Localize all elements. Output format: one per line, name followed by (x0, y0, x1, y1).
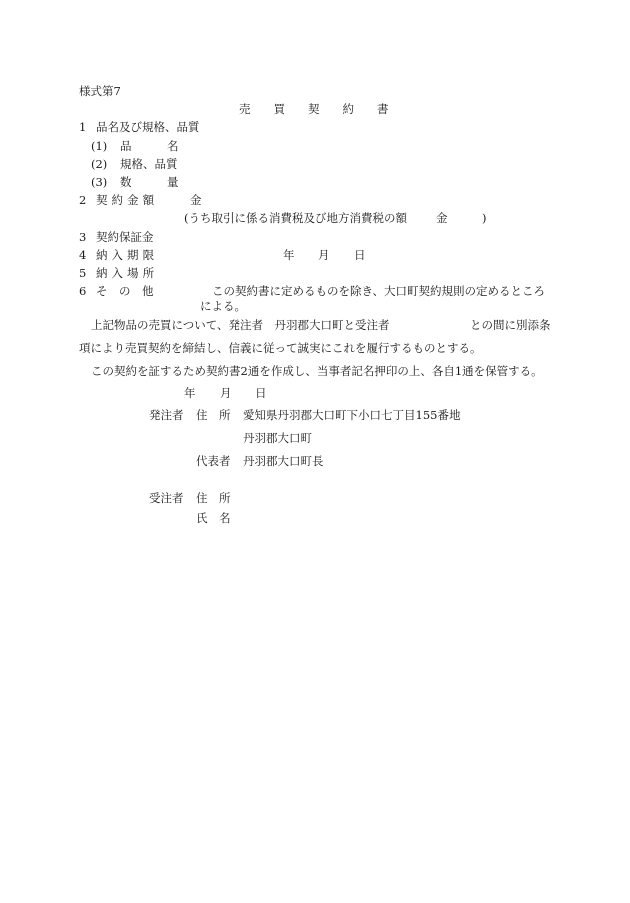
item1-sub3-label: 数 (120, 175, 132, 189)
orderer-rep: 丹羽郡大口町長 (243, 454, 324, 468)
item2-label: 契約金額 (96, 193, 158, 207)
paragraph1-line1-b: との間に別添条 (470, 318, 551, 332)
item1-sub1-number: (1) (91, 139, 107, 153)
orderer-name: 丹羽郡大口町 (243, 431, 312, 445)
item4-label: 納入期限 (96, 248, 158, 262)
item5-label: 納入場所 (96, 266, 158, 280)
item1-sub2-label: 規格、品質 (120, 157, 178, 171)
paragraph2: この契約を証するため契約書2通を作成し、当事者記名押印の上、各自1通を保管する。 (91, 364, 543, 378)
orderer-role: 発注者 (149, 408, 184, 422)
item1-sub2-number: (2) (91, 157, 107, 171)
contractor-role: 受注者 (149, 491, 184, 505)
date-day: 日 (255, 386, 267, 400)
item2-tax-value: 金 (436, 211, 448, 225)
item2-tax-prefix: (うち取引に係る消費税及び地方消費税の額 (184, 211, 407, 225)
form-number: 様式第7 (79, 84, 121, 98)
item6-label: そ の 他 (96, 284, 154, 298)
orderer-address: 愛知県丹羽郡大口町下小口七丁目155番地 (243, 408, 460, 422)
item2-number: 2 (79, 193, 86, 207)
item6-text-line2: による。 (200, 299, 246, 313)
date-month: 月 (220, 386, 232, 400)
item6-text-line1: この契約書に定めるものを除き、大口町契約規則の定めるところ (212, 284, 545, 298)
item2-tax-suffix: ) (482, 211, 487, 225)
paragraph1-line1-a: 上記物品の売買について、発注者 丹羽郡大口町と受注者 (91, 318, 390, 332)
item4-month: 月 (318, 248, 330, 262)
paragraph1-line2: 項により売買契約を締結し、信義に従って誠実にこれを履行するものとする。 (79, 341, 482, 355)
date-year: 年 (184, 386, 196, 400)
item4-number: 4 (79, 248, 86, 262)
contractor-name-label: 氏 名 (196, 511, 231, 525)
item1-sub1-label2: 名 (167, 139, 179, 153)
item3-number: 3 (79, 230, 86, 244)
document-title: 売 買 契 約 書 (239, 102, 389, 116)
item4-day: 日 (354, 248, 366, 262)
item6-number: 6 (79, 284, 86, 298)
orderer-address-label: 住 所 (196, 408, 231, 422)
item3-label: 契約保証金 (96, 230, 154, 244)
item1-sub1-label: 品 (120, 139, 132, 153)
item2-value: 金 (190, 193, 202, 207)
item5-number: 5 (79, 266, 86, 280)
item1-sub3-label2: 量 (167, 175, 179, 189)
contractor-address-label: 住 所 (196, 491, 231, 505)
item4-year: 年 (283, 248, 295, 262)
item1-label: 品名及び規格、品質 (96, 120, 200, 134)
item1-number: 1 (79, 120, 86, 134)
item1-sub3-number: (3) (91, 175, 107, 189)
orderer-rep-label: 代表者 (196, 454, 231, 468)
